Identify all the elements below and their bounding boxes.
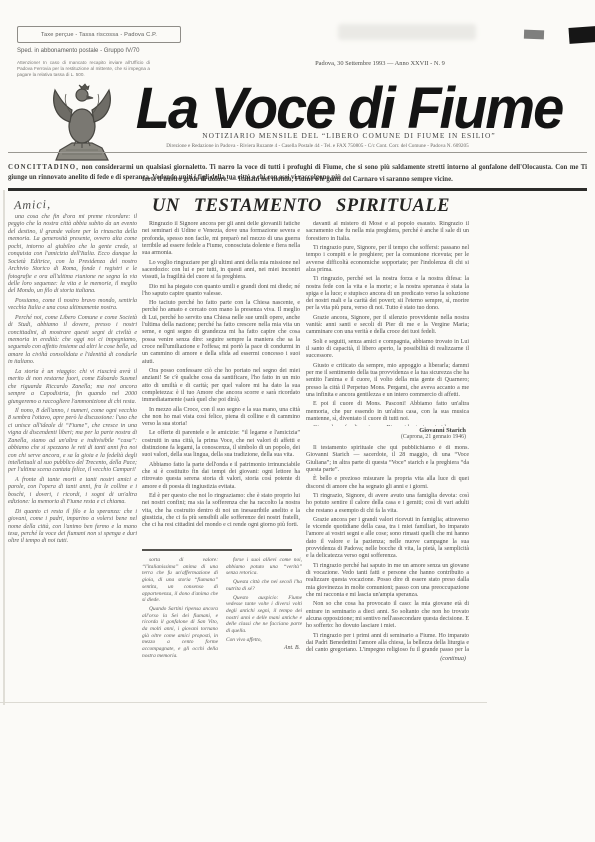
amici-heading: Amici,: [14, 196, 137, 213]
scan-mark-large: [568, 26, 595, 44]
paragraph: Ho taciuto perché ho fatto parte con la …: [142, 300, 300, 366]
paragraph: Grazie ancora, Signore, per il silenzio …: [306, 315, 469, 337]
paragraph: Quando Sartini ripensa ancora all'orso l…: [142, 606, 218, 660]
amici-body: una cosa che fin d'ora mi preme ricordar…: [8, 214, 137, 546]
dateline: Padova, 30 Settembre 1993 — Anno XXVII -…: [280, 60, 480, 67]
newspaper-page: Taxe perçue - Tassa riscossa - Padova C.…: [0, 0, 595, 842]
paragraph: Di quanto ci resta il filo e la speranza…: [8, 509, 137, 546]
testament-signature-block: Giovanni Starich (Caprona, 21 gennaio 19…: [306, 427, 466, 440]
paragraph: Possiamo, come il nostro bravo mondo, se…: [8, 298, 137, 313]
paragraph: Ed è per questo che noi lo ringraziamo: …: [142, 493, 300, 530]
paragraph: Abbiamo fatto la parte dell'onda e il pa…: [142, 462, 300, 491]
script-b-body: forse i suoi allievi come noi, abbiamo p…: [226, 557, 302, 635]
article-column-3-continued: Il testamento spirituale che qui pubblic…: [306, 445, 469, 653]
paragraph: Ora posso confessare ciò che ho portato …: [142, 368, 300, 405]
masthead-subtitle: NOTIZIARIO MENSILE DEL “LIBERO COMUNE DI…: [110, 131, 588, 140]
address-line: Direzione e Redazione in Padova - Rivier…: [55, 143, 580, 149]
paragraph: Non so che cosa ha provocato il caso: la…: [306, 601, 469, 630]
paragraph: Ringrazio il Signore ancora per gli anni…: [142, 221, 300, 258]
paragraph: Giunse bene fra diocesi e con Dio mai lo…: [306, 425, 469, 426]
paragraph: A fronte di tante morti e tanti nostri a…: [8, 477, 137, 507]
scan-mark-small: [524, 30, 544, 40]
signature-name: Giovanni Starich: [306, 427, 466, 434]
paragraph: Il testamento spirituale che qui pubblic…: [306, 445, 469, 474]
paragraph: Ti ringrazio, perché sei la nostra forza…: [306, 276, 469, 313]
paragraph: E poi il cuore di Mons. Pasconi! Abbiamo…: [306, 401, 469, 423]
rule-thin: [8, 152, 587, 153]
paragraph: In mezzo alla Croce, con il suo segno e …: [142, 407, 300, 429]
amici-letter-column: Amici, una cosa che fin d'ora mi preme r…: [8, 196, 137, 664]
column-divider-rule: [142, 549, 292, 551]
postal-line: Sped. in abbonamento postale - Gruppo IV…: [17, 48, 139, 54]
script-column-a: sorta di valore: “l'italianissima” anima…: [142, 557, 218, 665]
script-signature: Ant. B.: [226, 645, 300, 651]
rule-thick: [8, 188, 587, 191]
paragraph: davanti al mistero di Mosè e al popolo e…: [306, 221, 469, 243]
continua-note: (continua): [306, 655, 466, 662]
postage-box-label: Taxe perçue - Tassa riscossa - Padova C.…: [41, 32, 157, 38]
script-signoff: Con vivo affetto,: [226, 637, 302, 643]
postage-box: Taxe perçue - Tassa riscossa - Padova C.…: [17, 26, 181, 43]
article-column-3: davanti al mistero di Mosè e al popolo e…: [306, 221, 469, 426]
paragraph: Questa città che nei secoli l'ha nutrita…: [226, 579, 302, 592]
paragraph: Ti ringrazio, Signore, di avere avuto un…: [306, 493, 469, 515]
paragraph: Giusto e criticato da sempre, mio appogg…: [306, 363, 469, 400]
scan-edge-bottom: [0, 702, 487, 703]
paragraph: Dio mi ha piegato con quanto umili e gra…: [142, 284, 300, 299]
paragraph: Grazie ancora per i grandi valori ricevu…: [306, 517, 469, 561]
paragraph: Il nono, 8 dell'anno, i numeri, come ogn…: [8, 408, 137, 475]
paragraph: Ti ringrazio perché hai saputo in me un …: [306, 563, 469, 600]
article-column-2: Ringrazio il Signore ancora per gli anni…: [142, 221, 300, 545]
motto-last-line: forte il nostro grido di dolore. — Itali…: [8, 176, 587, 183]
motto-lead: CONCITTADINO,: [8, 164, 79, 171]
paragraph: sorta di valore: “l'italianissima” anima…: [142, 557, 218, 604]
paragraph: Questo auspicio: Fiume vedesse tante vol…: [226, 595, 302, 635]
paragraph: una cosa che fin d'ora mi preme ricordar…: [8, 214, 137, 296]
paragraph: Ti ringrazio pure, Signore, per il tempo…: [306, 245, 469, 274]
paragraph: Lo voglio ringraziare per gli ultimi ann…: [142, 260, 300, 282]
script-column-b: forse i suoi allievi come noi, abbiamo p…: [226, 557, 302, 665]
signature-place-date: (Caprona, 21 gennaio 1946): [306, 434, 466, 440]
scan-smudge: [338, 24, 476, 40]
paragraph: forse i suoi allievi come noi, abbiamo p…: [226, 557, 302, 577]
paragraph: Soli e seguiti, senza amici e compagnia,…: [306, 339, 469, 361]
article-headline: UN TESTAMENTO SPIRITUALE: [140, 196, 462, 217]
scan-edge-left: [3, 190, 5, 705]
paragraph: Ti ringrazio per i primi anni di seminar…: [306, 633, 469, 654]
paragraph: La storia è un viaggio: chi vi riuscirà …: [8, 369, 137, 406]
paragraph: Perché noi, come Libero Comune e come So…: [8, 315, 137, 367]
paragraph: Le offerte di parentele e le amicizie: “…: [142, 430, 300, 459]
paragraph: È bello e prezioso misurare la propria v…: [306, 476, 469, 491]
